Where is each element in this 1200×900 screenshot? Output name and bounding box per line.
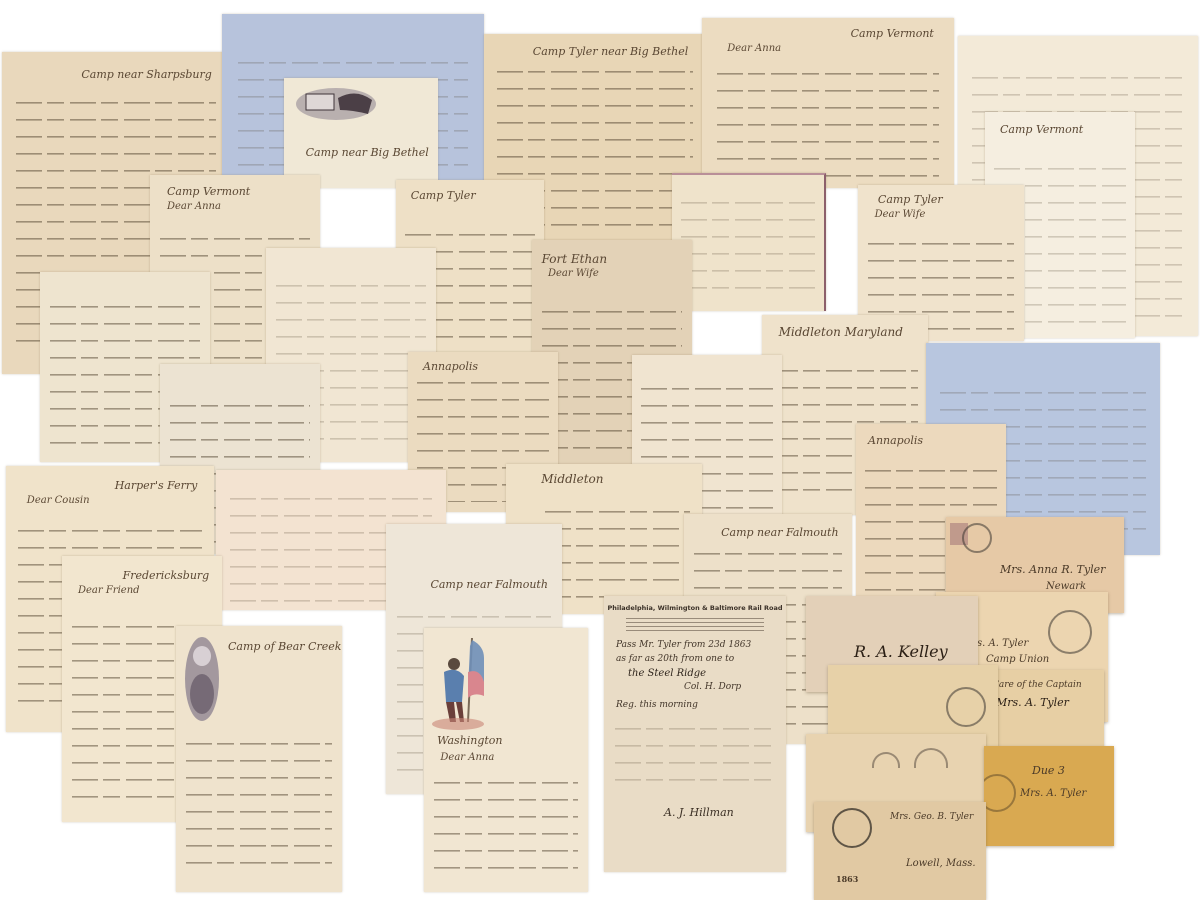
letter-heading: Camp Tyler [878, 193, 943, 206]
letterhead-sheet: Camp near Big Bethel [284, 78, 438, 188]
letter-salutation: Dear Friend [78, 585, 140, 596]
letter-heading: Middleton [541, 472, 603, 486]
envelope-address: Mrs. Anna R. Tyler [1000, 563, 1105, 576]
envelope: Care of the Captain Mrs. A. Tyler [984, 670, 1104, 752]
liberty-vignette-icon [182, 634, 222, 724]
letter-salutation: Dear Wife [875, 209, 926, 220]
envelope-address-line2: Camp Union [986, 654, 1049, 665]
envelope-address-line2: Mrs. A. Tyler [1020, 788, 1086, 799]
railroad-pass-line: Pass Mr. Tyler from 23d 1863 [616, 640, 751, 650]
letter-salutation: Dear Anna [167, 201, 221, 212]
letter-heading: Camp near Sharpsburg [81, 68, 211, 81]
letter-heading: Harper's Ferry [115, 479, 198, 492]
postmark-icon [946, 687, 986, 727]
letter-heading: Camp near Big Bethel [306, 146, 429, 159]
letter-heading: Fredericksburg [123, 569, 210, 582]
envelope-address-line2: Newark [1046, 581, 1086, 592]
postmark-arc-icon [872, 752, 900, 768]
letter-heading: Camp Tyler [411, 189, 476, 202]
letter-sheet-ruled [672, 173, 826, 311]
letter-sheet-vignette: Washington Dear Anna [424, 628, 588, 892]
soldier-flag-vignette-icon [428, 632, 492, 732]
letter-heading: Camp near Falmouth [430, 578, 547, 591]
letter-heading: Camp Tyler near Big Bethel [533, 45, 688, 58]
envelope: Mrs. Geo. B. Tyler Lowell, Mass. 1863 [814, 802, 986, 900]
letter-salutation: Dear Anna [727, 43, 781, 54]
handwriting [717, 62, 939, 178]
postmark-icon [962, 523, 992, 553]
handwriting [615, 717, 775, 789]
letter-heading: Camp Vermont [1000, 123, 1083, 136]
envelope-address: Care of the Captain [992, 680, 1082, 690]
envelope-address: Mrs. Geo. B. Tyler [890, 812, 973, 822]
letter-heading: Washington [437, 734, 502, 747]
envelope-postmark-year: 1863 [836, 874, 858, 884]
letter-salutation: Dear Cousin [27, 495, 90, 506]
handwriting [681, 191, 815, 303]
letter-heading: Camp Vermont [851, 27, 934, 40]
letter-heading: Camp near Falmouth [721, 526, 838, 539]
envelope-address-line2: Lowell, Mass. [906, 858, 976, 869]
letter-salutation: Dear Anna [440, 752, 494, 763]
postmark-icon [984, 774, 1016, 812]
postmark-icon [832, 808, 872, 848]
postmark-arc-icon [914, 748, 948, 768]
postmark-icon [1048, 610, 1092, 654]
railroad-pass-title: Philadelphia, Wilmington & Baltimore Rai… [604, 604, 786, 612]
envelope-address: R. A. Kelley [854, 642, 948, 661]
railroad-pass-signature: A. J. Hillman [664, 806, 734, 819]
letter-sheet: Camp Vermont Dear Anna [702, 18, 954, 188]
railroad-pass-line: Col. H. Dorp [684, 682, 741, 692]
railroad-pass-line: as far as 20th from one to [616, 654, 734, 664]
railroad-pass-line: Reg. this morning [616, 700, 698, 710]
handwriting [186, 732, 332, 876]
letter-heading: Annapolis [868, 434, 923, 447]
envelope: Due 3 Mrs. A. Tyler [984, 746, 1114, 846]
letter-heading: Camp of Bear Creek [228, 640, 341, 653]
railroad-pass: Philadelphia, Wilmington & Baltimore Rai… [604, 596, 786, 872]
envelope-address: Due 3 [1032, 764, 1065, 777]
headquarters-vignette-icon [292, 84, 378, 124]
letter-heading: Camp Vermont [167, 185, 250, 198]
handwriting [434, 771, 578, 877]
letter-heading: Middleton Maryland [779, 325, 903, 339]
letter-salutation: Dear Wife [548, 268, 599, 279]
letter-heading: Fort Ethan [542, 252, 607, 266]
railroad-pass-printed-rule [626, 618, 764, 632]
letter-sheet-vignette: Camp of Bear Creek [176, 626, 342, 892]
railroad-pass-line: the Steel Ridge [628, 668, 706, 679]
handwriting [545, 500, 690, 605]
envelope-address-line2: Mrs. A. Tyler [996, 696, 1069, 709]
